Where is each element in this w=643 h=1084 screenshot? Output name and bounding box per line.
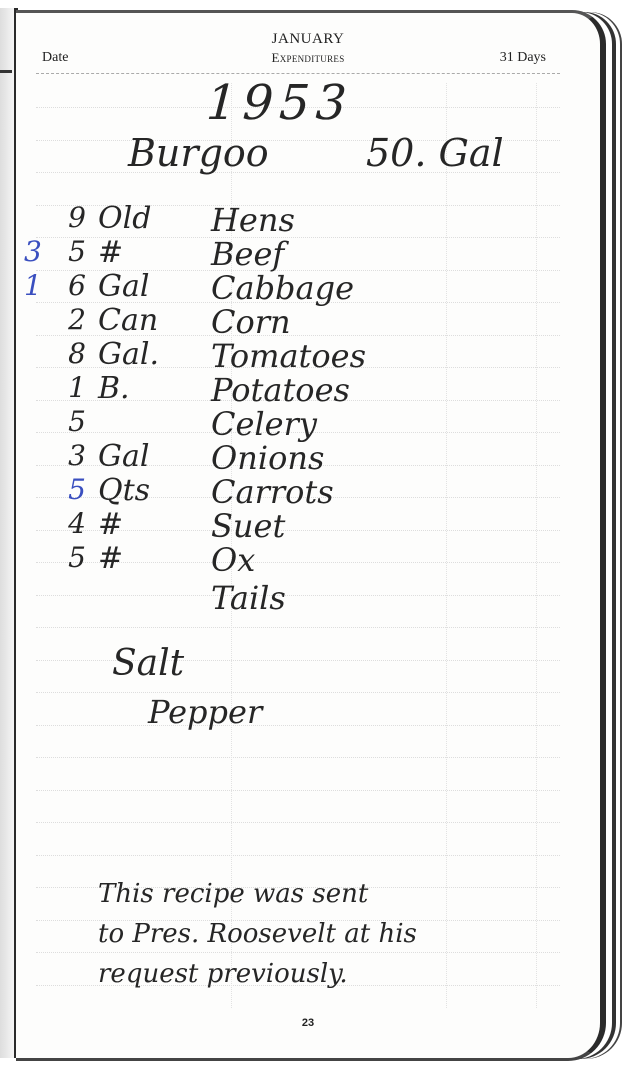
ingredient-name: Ox Tails [211,541,286,617]
ruled-line [36,855,560,856]
binding-tab [0,70,12,73]
ruled-line [36,822,560,823]
ruled-line [36,725,560,726]
ingredient-quantity: 5 [46,473,86,506]
ingredient-name: Onions [211,439,324,477]
page-number: 23 [16,1017,600,1029]
column-divider [536,83,537,1008]
column-divider [446,83,447,1008]
ruled-line [36,595,560,596]
ingredient-quantity: 5 [46,235,86,268]
seasoning-pepper: Pepper [148,693,262,731]
handwritten-recipe-yield: 50. Gal [366,131,504,175]
ingredient-quantity: 9 [46,201,86,234]
ingredient-quantity: 2 [46,303,86,336]
ingredient-quantity: 3 [46,439,86,472]
ingredient-unit: Qts [98,473,150,508]
ingredient-unit: Old [98,201,151,236]
handwritten-year: 1953 [199,75,359,131]
ingredient-blue-annotation: 3 [24,235,42,268]
ingredient-unit: Can [98,303,158,338]
ingredient-unit: Gal [98,269,149,304]
ruled-line [36,692,560,693]
ingredient-name: Potatoes [211,371,350,409]
ingredient-quantity: 6 [46,269,86,302]
ingredient-quantity: 5 [46,405,86,438]
ingredient-quantity: 5 [46,541,86,574]
ingredient-name: Corn [211,303,291,341]
ingredient-unit: # [98,235,123,270]
header-days-label: 31 Days [500,50,546,66]
note-line: request previously. [98,959,348,989]
notebook-page: Date JANUARY Expenditures 31 Days 1953 B… [16,10,606,1061]
note-line: This recipe was sent [98,879,368,909]
ingredient-name: Celery [211,405,317,443]
seasoning-salt: Salt [112,643,184,684]
ingredient-quantity: 4 [46,507,86,540]
note-line: to Pres. Roosevelt at his [98,919,417,949]
ingredient-blue-annotation: 1 [24,269,42,302]
ingredient-unit: Gal [98,439,149,474]
ingredient-quantity: 1 [46,371,86,404]
header-month: JANUARY [16,31,600,48]
ingredient-name: Hens [211,201,295,239]
ingredient-unit: Gal. [98,337,159,372]
ruled-line [36,790,560,791]
header-rule [36,73,560,74]
ruled-line [36,627,560,628]
ingredient-unit: B. [98,371,130,406]
ingredient-unit: # [98,507,123,542]
ruled-line [36,757,560,758]
ruled-line [36,952,560,953]
ingredient-name: Carrots [211,473,334,511]
ingredient-name: Cabbage [211,269,354,307]
ingredient-name: Suet [211,507,285,545]
ingredient-name: Beef [211,235,284,273]
handwritten-recipe-title: Burgoo [128,131,269,175]
ingredient-quantity: 8 [46,337,86,370]
ingredient-unit: # [98,541,123,576]
ingredient-name: Tomatoes [211,337,366,375]
